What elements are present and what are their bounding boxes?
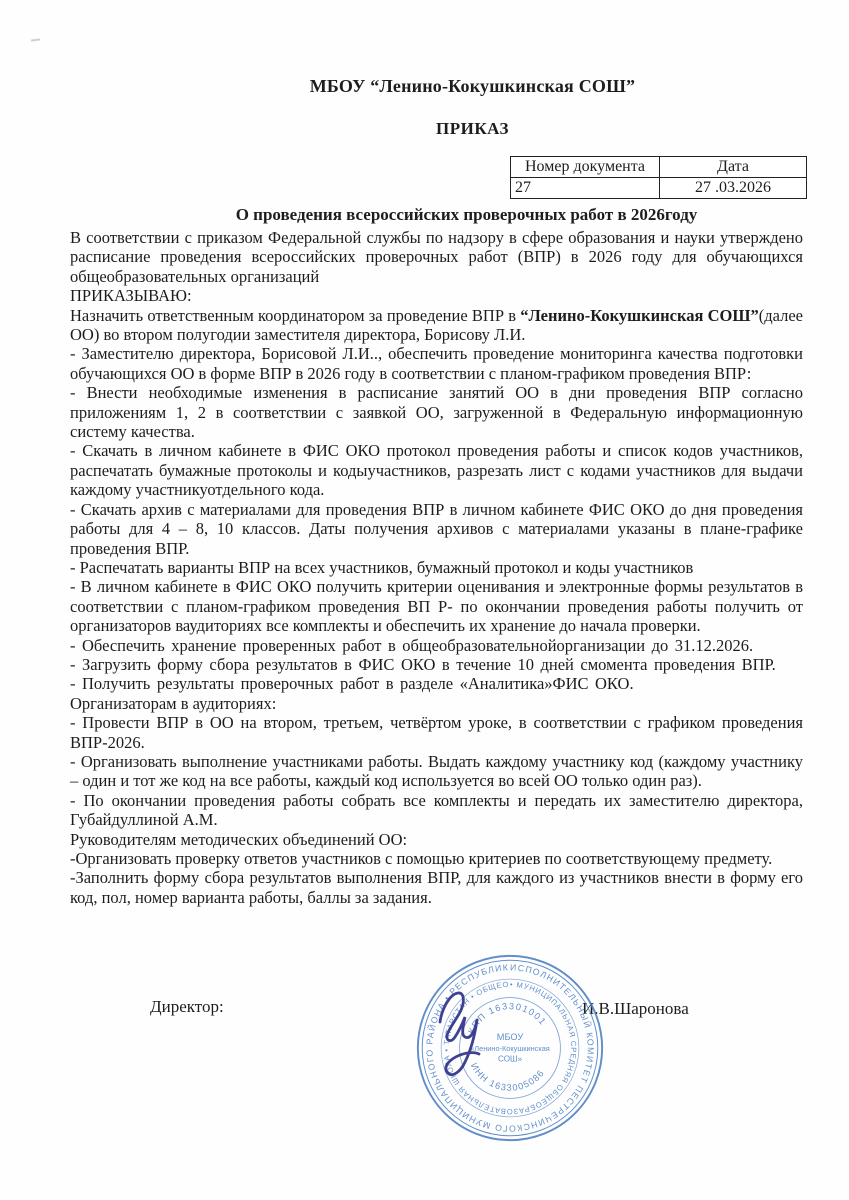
table-cell-number: 27 (511, 178, 660, 199)
appoint-school-name: “Ленино-Кокушкинская СОШ” (520, 306, 759, 325)
doc-number-table: Номер документа Дата 27 27 .03.2026 (510, 156, 807, 199)
paragraph-download-protocol: - Скачать в личном кабинете в ФИС ОКО пр… (70, 441, 803, 499)
paragraph-check-answers: -Организовать проверку ответов участнико… (70, 849, 803, 868)
table-value-row: 27 27 .03.2026 (511, 178, 807, 199)
scan-artifact (31, 38, 40, 41)
paragraph-appoint: Назначить ответственным координатором за… (70, 306, 803, 345)
paragraph-fill-form: -Заполнить форму сбора результатов выпол… (70, 868, 803, 907)
paragraph-schedule: - Внести необходимые изменения в расписа… (70, 383, 803, 441)
paragraph-collect-kits: - По окончании проведения работы собрать… (70, 791, 803, 830)
paragraph-get-results: - Получить результаты проверочных работ … (70, 674, 803, 693)
paragraph-storage: - Обеспечить хранение проверенных работ … (70, 636, 803, 655)
paragraph-print-variants: - Распечатать варианты ВПР на всех участ… (70, 558, 803, 577)
table-header-row: Номер документа Дата (511, 157, 807, 178)
organization-name: МБОУ “Ленино-Кокушкинская СОШ” (142, 76, 803, 97)
paragraph-criteria: - В личном кабинете в ФИС ОКО получить к… (70, 577, 803, 635)
paragraph-intro: В соответствии с приказом Федеральной сл… (70, 228, 803, 286)
table-cell-date: 27 .03.2026 (660, 178, 807, 199)
paragraph-conduct-vpr: - Провести ВПР в ОО на втором, третьем, … (70, 713, 803, 752)
appoint-text-before: Назначить ответственным координатором за… (70, 306, 520, 325)
handwritten-signature-icon (418, 982, 513, 1087)
order-body: В соответствии с приказом Федеральной сл… (70, 228, 803, 907)
document-type-heading: ПРИКАЗ (142, 119, 803, 139)
director-label: Директор: (150, 997, 224, 1017)
paragraph-method-heads-heading: Руководителям методических объединений О… (70, 830, 803, 849)
document-page: МБОУ “Ленино-Кокушкинская СОШ” ПРИКАЗ О … (0, 0, 849, 1200)
paragraph-download-archive: - Скачать архив с материалами для провед… (70, 500, 803, 558)
paragraph-participant-codes: - Организовать выполнение участниками ра… (70, 752, 803, 791)
paragraph-organizers-heading: Организаторам в аудиториях: (70, 694, 803, 713)
table-header-date: Дата (660, 157, 807, 178)
table-header-number: Номер документа (511, 157, 660, 178)
paragraph-upload-form: - Загрузить форму сбора результатов в ФИ… (70, 655, 803, 674)
document-header: МБОУ “Ленино-Кокушкинская СОШ” ПРИКАЗ (70, 0, 803, 139)
paragraph-prikazyvayu: ПРИКАЗЫВАЮ: (70, 286, 803, 305)
order-title: О проведения всероссийских проверочных р… (70, 205, 803, 225)
document-content: МБОУ “Ленино-Кокушкинская СОШ” ПРИКАЗ О … (70, 0, 803, 907)
paragraph-deputy: - Заместителю директора, Борисовой Л.И..… (70, 344, 803, 383)
